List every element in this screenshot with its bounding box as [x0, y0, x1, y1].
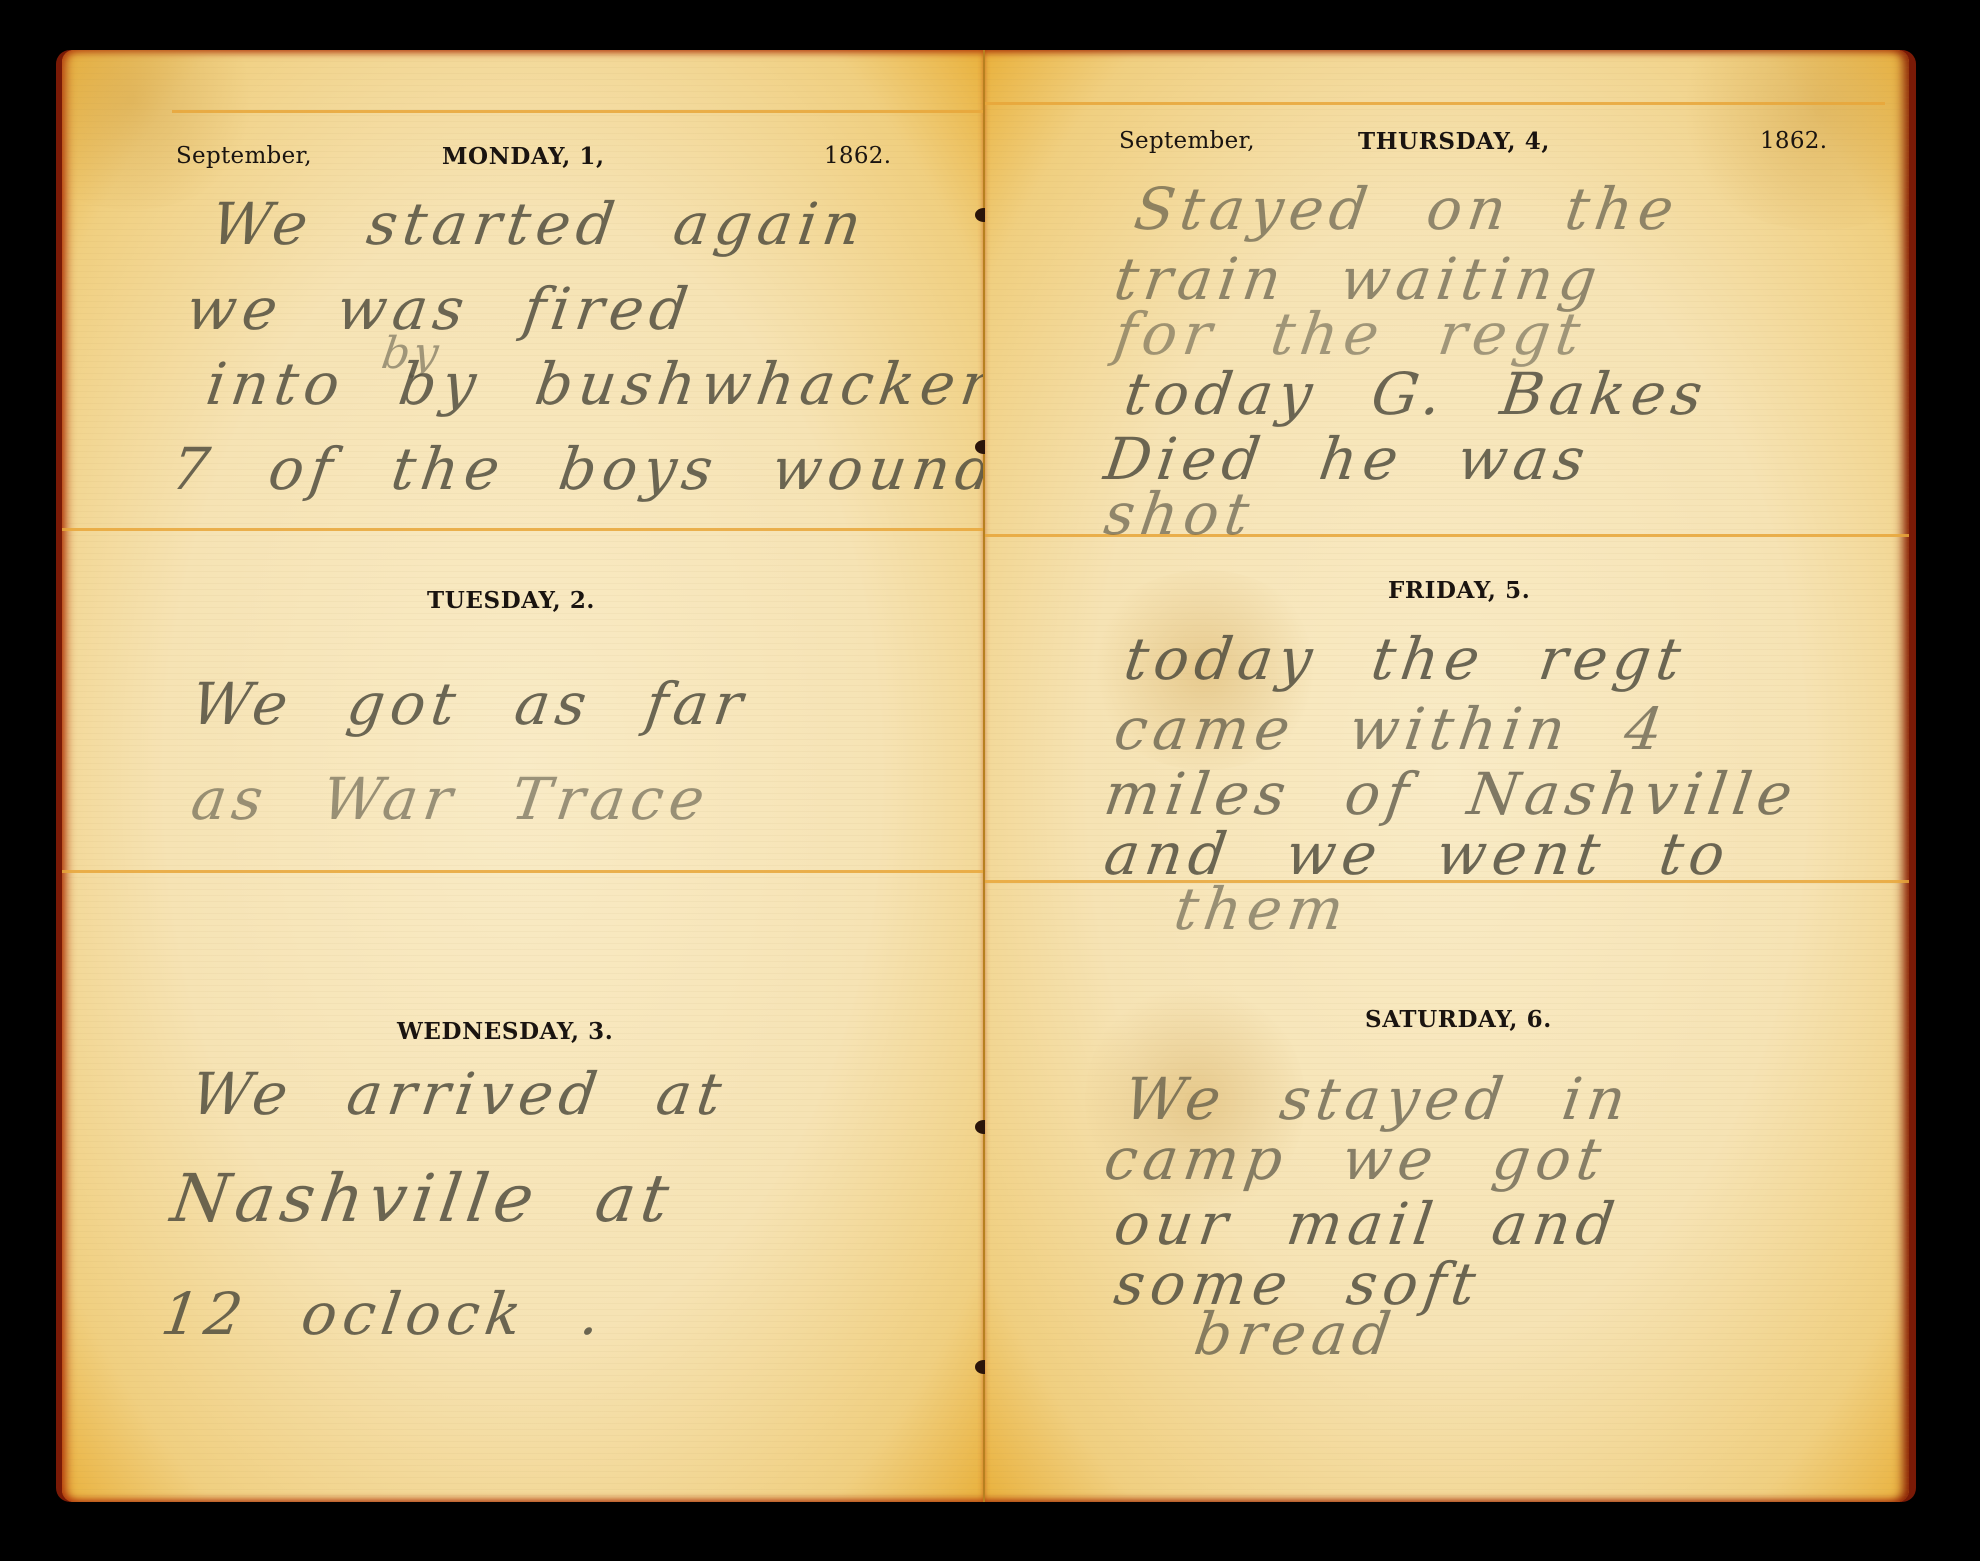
- handwritten-line: today the regt: [1120, 625, 1691, 693]
- top-rule: [172, 110, 983, 113]
- day-header-saturday: SATURDAY, 6.: [1365, 1006, 1552, 1033]
- year-label: 1862.: [1760, 128, 1827, 154]
- handwritten-line: Stayed on the: [1130, 175, 1684, 243]
- day-header-thursday: THURSDAY, 4,: [1358, 128, 1550, 155]
- handwritten-line: bread: [1190, 1300, 1400, 1368]
- day-header-monday: MONDAY, 1,: [442, 143, 605, 170]
- handwritten-line: Nashville at: [167, 1160, 680, 1237]
- handwritten-line: We stayed in: [1120, 1065, 1635, 1133]
- handwritten-line: 7 of the boys wounded: [167, 435, 983, 503]
- handwritten-line: miles of Nashville: [1100, 760, 1802, 828]
- month-label: September,: [1119, 128, 1255, 154]
- year-label: 1862.: [824, 143, 891, 169]
- handwritten-line: them: [1170, 875, 1354, 943]
- day-header-friday: FRIDAY, 5.: [1388, 577, 1530, 604]
- handwritten-line: We got as far: [187, 670, 753, 738]
- right-page: September, THURSDAY, 4, 1862. Stayed on …: [985, 50, 1909, 1502]
- handwritten-line: We arrived at: [187, 1060, 731, 1128]
- handwritten-line: shot: [1100, 480, 1259, 548]
- handwritten-line: for the regt: [1110, 300, 1590, 368]
- handwritten-line: We started again: [207, 190, 871, 258]
- handwritten-line: into by bushwhackers: [202, 350, 983, 418]
- corner-stain: [62, 50, 262, 210]
- left-page: September, MONDAY, 1, 1862. We started a…: [62, 50, 983, 1502]
- month-label: September,: [176, 143, 312, 169]
- day-header-tuesday: TUESDAY, 2.: [427, 587, 595, 614]
- divider-rule: [62, 870, 983, 873]
- handwritten-line: 12 oclock .: [157, 1280, 610, 1348]
- handwritten-line: our mail and: [1110, 1190, 1624, 1258]
- handwritten-line: as War Trace: [187, 765, 714, 833]
- handwritten-line: camp we got: [1100, 1125, 1611, 1193]
- interlinear-note: by: [378, 328, 444, 379]
- handwritten-line: came within 4: [1110, 695, 1672, 763]
- day-header-wednesday: WEDNESDAY, 3.: [397, 1018, 613, 1045]
- handwritten-line: today G. Bakes: [1120, 360, 1712, 428]
- diary-spread: September, MONDAY, 1, 1862. We started a…: [56, 50, 1916, 1502]
- divider-rule: [62, 528, 983, 531]
- top-rule: [985, 102, 1885, 105]
